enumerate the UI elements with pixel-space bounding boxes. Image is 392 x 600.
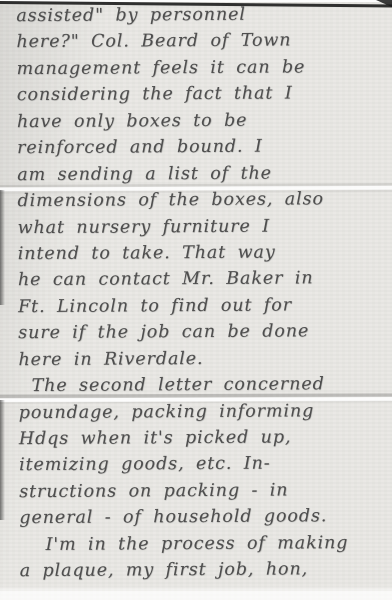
handwritten-line: what nursery furniture I	[18, 212, 388, 241]
handwritten-line: Hdqs when it's picked up,	[19, 424, 389, 453]
scanned-letter-page: assisted" by personnel here?" Col. Beard…	[0, 0, 392, 600]
handwritten-line: structions on packing - in	[19, 477, 389, 506]
handwritten-line: a plaque, my first job, hon,	[20, 556, 390, 585]
handwritten-line: he can contact Mr. Baker in	[18, 265, 388, 294]
handwritten-line: sure if the job can be done	[18, 318, 388, 347]
handwritten-line: Ft. Lincoln to find out for	[18, 292, 388, 321]
handwriting-text: assisted" by personnel here?" Col. Beard…	[16, 1, 390, 585]
paper-edge-shadow	[0, 190, 5, 305]
handwritten-line: considering the fact that I	[17, 80, 387, 109]
handwritten-line: poundage, packing informing	[19, 397, 389, 426]
handwritten-line paragraph-start: I'm in the process of making	[19, 530, 389, 559]
handwritten-line: general - of household goods.	[19, 503, 389, 532]
handwritten-line: here in Riverdale.	[18, 345, 388, 374]
handwritten-line: intend to take. That way	[18, 239, 388, 268]
handwritten-line: management feels it can be	[17, 54, 387, 83]
handwritten-line: assisted" by personnel	[16, 1, 386, 30]
scan-bottom-margin	[0, 591, 392, 600]
handwritten-line: dimensions of the boxes, also	[17, 186, 387, 215]
handwritten-line: itemizing goods, etc. In-	[19, 450, 389, 479]
paper-edge-shadow	[0, 400, 5, 520]
handwritten-line paragraph-start: The second letter concerned	[18, 371, 388, 400]
handwritten-line: am sending a list of the	[17, 159, 387, 188]
handwritten-line: have only boxes to be	[17, 107, 387, 136]
handwritten-line: reinforced and bound. I	[17, 133, 387, 162]
handwritten-line: here?" Col. Beard of Town	[16, 27, 386, 56]
